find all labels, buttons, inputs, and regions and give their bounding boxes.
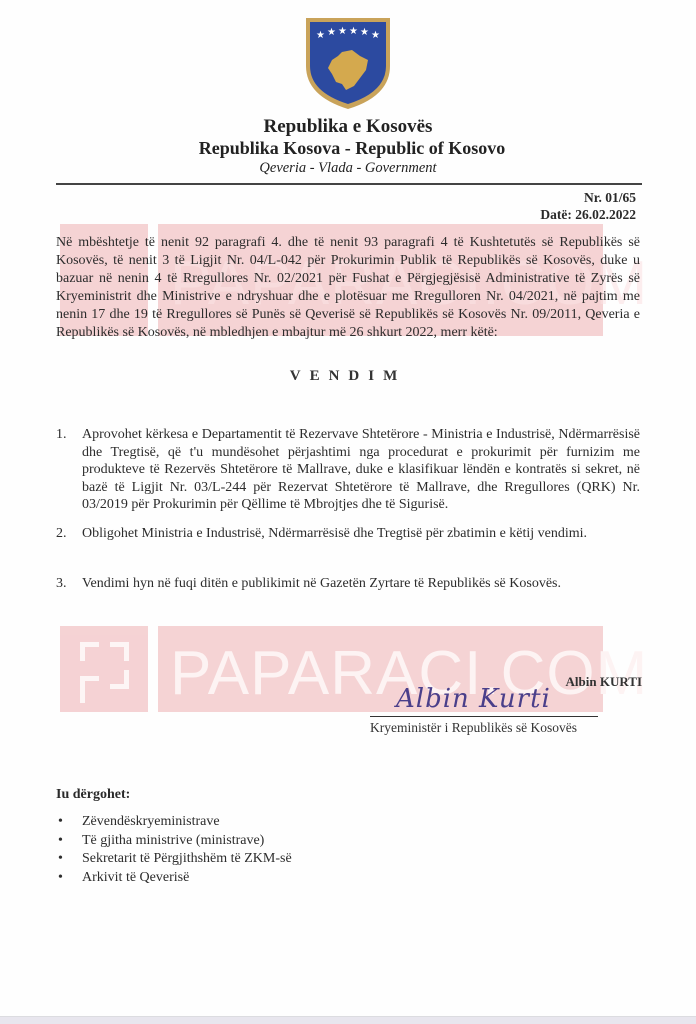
header-divider	[56, 183, 642, 185]
item-number: 2.	[56, 525, 67, 543]
header-republic-albanian: Republika e Kosovës	[0, 116, 696, 138]
watermark-bracket-icon	[110, 642, 129, 661]
list-item: Zëvendëskryeministrave	[56, 813, 292, 832]
svg-text:★: ★	[327, 27, 336, 38]
kosovo-coat-of-arms-icon: ★ ★ ★ ★ ★ ★	[302, 14, 394, 112]
list-item: Arkivit të Qeverisë	[56, 869, 292, 888]
decision-title: VENDIM	[0, 368, 696, 385]
svg-text:★: ★	[316, 30, 325, 41]
header-republic-multilingual: Republika Kosova - Republic of Kosovo	[0, 138, 696, 159]
handwritten-signature: Albin Kurti	[396, 684, 551, 714]
reference-date: Datë: 26.02.2022	[540, 206, 636, 223]
watermark-bracket-icon	[80, 642, 99, 661]
preamble-paragraph: Në mbështetje të nenit 92 paragrafi 4. d…	[56, 234, 640, 342]
reference-number: Nr. 01/65	[540, 189, 636, 206]
item-number: 1.	[56, 426, 67, 444]
item-text: Aprovohet kërkesa e Departamentit të Rez…	[82, 426, 640, 514]
list-item: Të gjitha ministrive (ministrave)	[56, 832, 292, 851]
reference-block: Nr. 01/65 Datë: 26.02.2022	[540, 189, 636, 223]
item-text: Vendimi hyn në fuqi ditën e publikimit n…	[82, 575, 640, 593]
distribution-title: Iu dërgohet:	[56, 787, 130, 803]
decision-item: 1. Aprovohet kërkesa e Departamentit të …	[56, 426, 640, 514]
svg-text:★: ★	[360, 27, 369, 38]
page-bottom-edge	[0, 1016, 696, 1024]
list-item: Sekretarit të Përgjithshëm të ZKM-së	[56, 850, 292, 869]
svg-text:★: ★	[349, 26, 358, 37]
item-text: Obligohet Ministria e Industrisë, Ndërma…	[82, 525, 640, 543]
item-number: 3.	[56, 575, 67, 593]
distribution-list: Zëvendëskryeministrave Të gjitha ministr…	[56, 813, 292, 887]
header-government: Qeveria - Vlada - Government	[0, 160, 696, 177]
svg-text:★: ★	[338, 26, 347, 37]
signatory-title: Kryeministër i Republikës së Kosovës	[370, 720, 577, 736]
decision-item: 2. Obligohet Ministria e Industrisë, Ndë…	[56, 525, 640, 543]
decision-item: 3. Vendimi hyn në fuqi ditën e publikimi…	[56, 575, 640, 593]
watermark-logo-block	[60, 626, 148, 712]
signature-line	[370, 716, 598, 717]
svg-text:★: ★	[371, 30, 380, 41]
